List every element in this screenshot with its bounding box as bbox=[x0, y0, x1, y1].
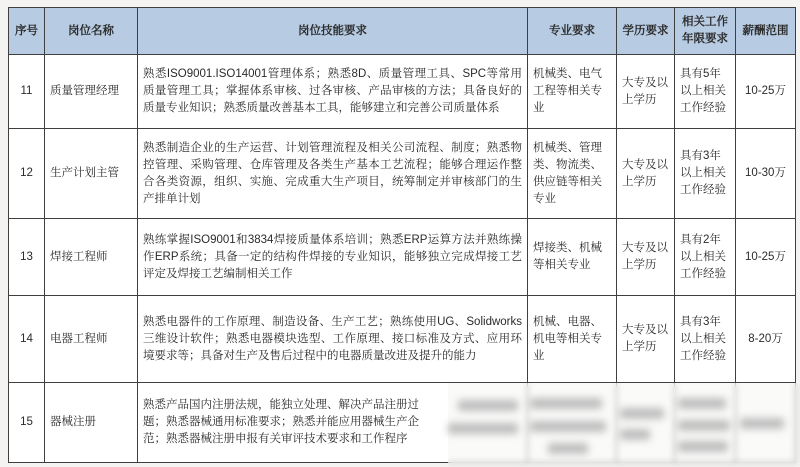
header-skills: 岗位技能要求 bbox=[138, 8, 528, 55]
table-row: 13 焊接工程师 熟练掌握ISO9001和3834焊接质量体系培训；熟悉ERP运… bbox=[9, 219, 796, 296]
salary-cell: 10-25万 bbox=[736, 219, 796, 296]
table-row: 12 生产计划主管 熟悉制造企业的生产运营、计划管理流程及相关公司流程、制度；熟… bbox=[9, 129, 796, 219]
blurred-major-cell bbox=[528, 383, 617, 463]
table-row: 15 器械注册 熟悉产品国内注册法规，能独立处理、解决产品注册过 题；熟悉器械通… bbox=[9, 383, 796, 463]
row-number: 12 bbox=[9, 129, 45, 219]
experience-cell: 具有3年以上相关工作经验 bbox=[675, 129, 736, 219]
major-cell: 机械类、管理类、物流类、供应链等相关专业 bbox=[528, 129, 617, 219]
blurred-education-cell bbox=[617, 383, 675, 463]
header-major: 专业要求 bbox=[528, 8, 617, 55]
skills-cell: 熟悉ISO9001.ISO14001管理体系；熟悉8D、质量管理工具、SPC等常… bbox=[138, 55, 528, 129]
row-number: 13 bbox=[9, 219, 45, 296]
education-cell: 大专及以上学历 bbox=[617, 219, 675, 296]
table-row: 14 电器工程师 熟悉电器件的工作原理、制造设备、生产工艺；熟练使用UG、Sol… bbox=[9, 296, 796, 383]
major-cell: 机械类、电气工程等相关专业 bbox=[528, 55, 617, 129]
job-requirements-table: 序号 岗位名称 岗位技能要求 专业要求 学历要求 相关工作年限要求 薪酬范围 1… bbox=[8, 7, 796, 463]
skills-line: 题；熟悉器械通用标准要求；熟悉并能应用器械生产企 bbox=[143, 414, 522, 431]
header-experience: 相关工作年限要求 bbox=[675, 8, 736, 55]
skills-cell: 熟悉制造企业的生产运营、计划管理流程及相关公司流程、制度；熟悉物控管理、采购管理… bbox=[138, 129, 528, 219]
position-name: 焊接工程师 bbox=[45, 219, 138, 296]
row-number: 11 bbox=[9, 55, 45, 129]
salary-cell: 10-25万 bbox=[736, 55, 796, 129]
experience-cell: 具有5年以上相关工作经验 bbox=[675, 55, 736, 129]
header-no: 序号 bbox=[9, 8, 45, 55]
major-cell: 焊接类、机械等相关专业 bbox=[528, 219, 617, 296]
header-row: 序号 岗位名称 岗位技能要求 专业要求 学历要求 相关工作年限要求 薪酬范围 bbox=[9, 8, 796, 55]
position-name: 生产计划主管 bbox=[45, 129, 138, 219]
blurred-salary-cell bbox=[736, 383, 796, 463]
experience-cell: 具有3年以上相关工作经验 bbox=[675, 296, 736, 383]
education-cell: 大专及以上学历 bbox=[617, 296, 675, 383]
table-row: 11 质量管理经理 熟悉ISO9001.ISO14001管理体系；熟悉8D、质量… bbox=[9, 55, 796, 129]
position-name: 电器工程师 bbox=[45, 296, 138, 383]
blurred-experience-cell bbox=[675, 383, 736, 463]
header-education: 学历要求 bbox=[617, 8, 675, 55]
major-cell: 机械、电器、机电等相关专业 bbox=[528, 296, 617, 383]
header-salary: 薪酬范围 bbox=[736, 8, 796, 55]
education-cell: 大专及以上学历 bbox=[617, 129, 675, 219]
position-name: 质量管理经理 bbox=[45, 55, 138, 129]
row-number: 14 bbox=[9, 296, 45, 383]
skills-cell: 熟悉电器件的工作原理、制造设备、生产工艺；熟练使用UG、Solidworks三维… bbox=[138, 296, 528, 383]
skills-cell: 熟悉产品国内注册法规，能独立处理、解决产品注册过 题；熟悉器械通用标准要求；熟悉… bbox=[138, 383, 528, 463]
skills-cell: 熟练掌握ISO9001和3834焊接质量体系培训；熟悉ERP运算方法并熟练操作E… bbox=[138, 219, 528, 296]
page: 序号 岗位名称 岗位技能要求 专业要求 学历要求 相关工作年限要求 薪酬范围 1… bbox=[0, 0, 800, 467]
header-position: 岗位名称 bbox=[45, 8, 138, 55]
row-number: 15 bbox=[9, 383, 45, 463]
position-name: 器械注册 bbox=[45, 383, 138, 463]
experience-cell: 具有2年以上相关工作经验 bbox=[675, 219, 736, 296]
education-cell: 大专及以上学历 bbox=[617, 55, 675, 129]
salary-cell: 10-30万 bbox=[736, 129, 796, 219]
skills-line: 范；熟悉器械注册申报有关审评技术要求和工作程序 bbox=[143, 431, 522, 448]
salary-cell: 8-20万 bbox=[736, 296, 796, 383]
skills-line: 熟悉产品国内注册法规，能独立处理、解决产品注册过 bbox=[143, 397, 522, 414]
